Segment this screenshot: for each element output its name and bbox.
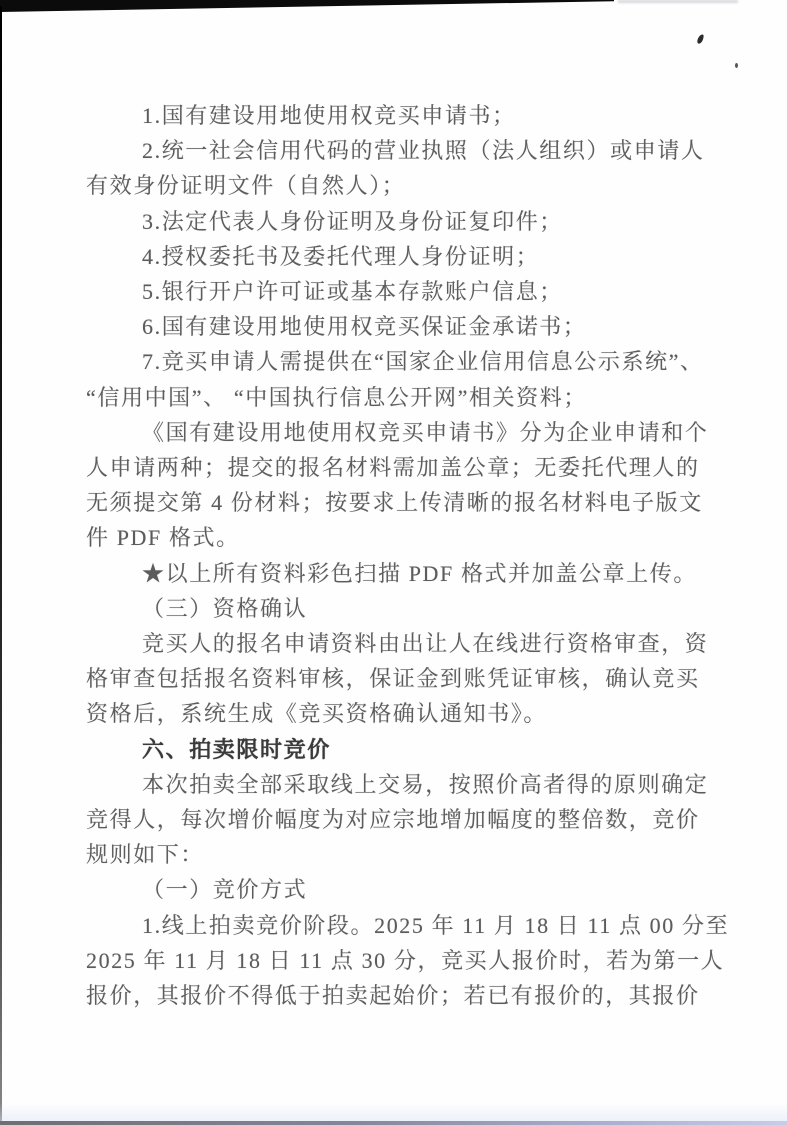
scan-edge-bottom bbox=[0, 1121, 787, 1125]
scanned-document-page: 1.国有建设用地使用权竞买申请书； 2.统一社会信用代码的营业执照（法人组织）或… bbox=[0, 0, 787, 1125]
scan-edge-left bbox=[0, 6, 2, 1125]
document-subheading: （三）资格确认 bbox=[86, 591, 711, 626]
document-line: 1.线上拍卖竞价阶段。2025 年 11 月 18 日 11 点 00 分至 bbox=[86, 908, 711, 943]
document-line: 竞买人的报名申请资料由出让人在线进行资格审查，资 bbox=[86, 626, 711, 661]
document-line: 3.法定代表人身份证明及身份证复印件； bbox=[86, 204, 711, 239]
document-line: 4.授权委托书及委托代理人身份证明； bbox=[86, 239, 711, 274]
document-line: 格审查包括报名资料审核，保证金到账凭证审核，确认竞买 bbox=[86, 661, 711, 696]
document-line: 无须提交第 4 份材料；按要求上传清晰的报名材料电子版文 bbox=[86, 485, 711, 520]
document-line: 1.国有建设用地使用权竞买申请书； bbox=[86, 98, 711, 133]
scan-wash-bottom bbox=[0, 1103, 787, 1121]
document-line: 2025 年 11 月 18 日 11 点 30 分，竞买人报价时，若为第一人 bbox=[86, 943, 711, 978]
document-body: 1.国有建设用地使用权竞买申请书； 2.统一社会信用代码的营业执照（法人组织）或… bbox=[86, 98, 711, 1013]
scan-smudge-top bbox=[618, 0, 738, 3]
scan-edge-top bbox=[0, 0, 614, 12]
document-subheading: （一）竞价方式 bbox=[86, 872, 711, 907]
document-line: 6.国有建设用地使用权竞买保证金承诺书； bbox=[86, 309, 711, 344]
document-line: 2.统一社会信用代码的营业执照（法人组织）或申请人 bbox=[86, 133, 711, 168]
ink-speck bbox=[735, 63, 738, 68]
document-line: 有效身份证明文件（自然人）； bbox=[86, 168, 711, 203]
document-line: 规则如下： bbox=[86, 837, 711, 872]
document-line: 5.银行开户许可证或基本存款账户信息； bbox=[86, 274, 711, 309]
document-line-starred-note: ★以上所有资料彩色扫描 PDF 格式并加盖公章上传。 bbox=[86, 556, 711, 591]
document-line: 竞得人，每次增价幅度为对应宗地增加幅度的整倍数，竞价 bbox=[86, 802, 711, 837]
document-line: 人申请两种；提交的报名材料需加盖公章；无委托代理人的 bbox=[86, 450, 711, 485]
ink-speck bbox=[696, 33, 705, 44]
document-line: 7.竞买申请人需提供在“国家企业信用信息公示系统”、 bbox=[86, 344, 711, 379]
document-line: 资格后，系统生成《竞买资格确认通知书》。 bbox=[86, 696, 711, 731]
document-line: 报价，其报价不得低于拍卖起始价；若已有报价的，其报价 bbox=[86, 978, 711, 1013]
document-line: 《国有建设用地使用权竞买申请书》分为企业申请和个 bbox=[86, 415, 711, 450]
document-line: 本次拍卖全部采取线上交易，按照价高者得的原则确定 bbox=[86, 767, 711, 802]
document-line: “信用中国”、 “中国执行信息公开网”相关资料； bbox=[86, 380, 711, 415]
document-line: 件 PDF 格式。 bbox=[86, 520, 711, 555]
document-section-heading: 六、拍卖限时竞价 bbox=[86, 732, 711, 767]
